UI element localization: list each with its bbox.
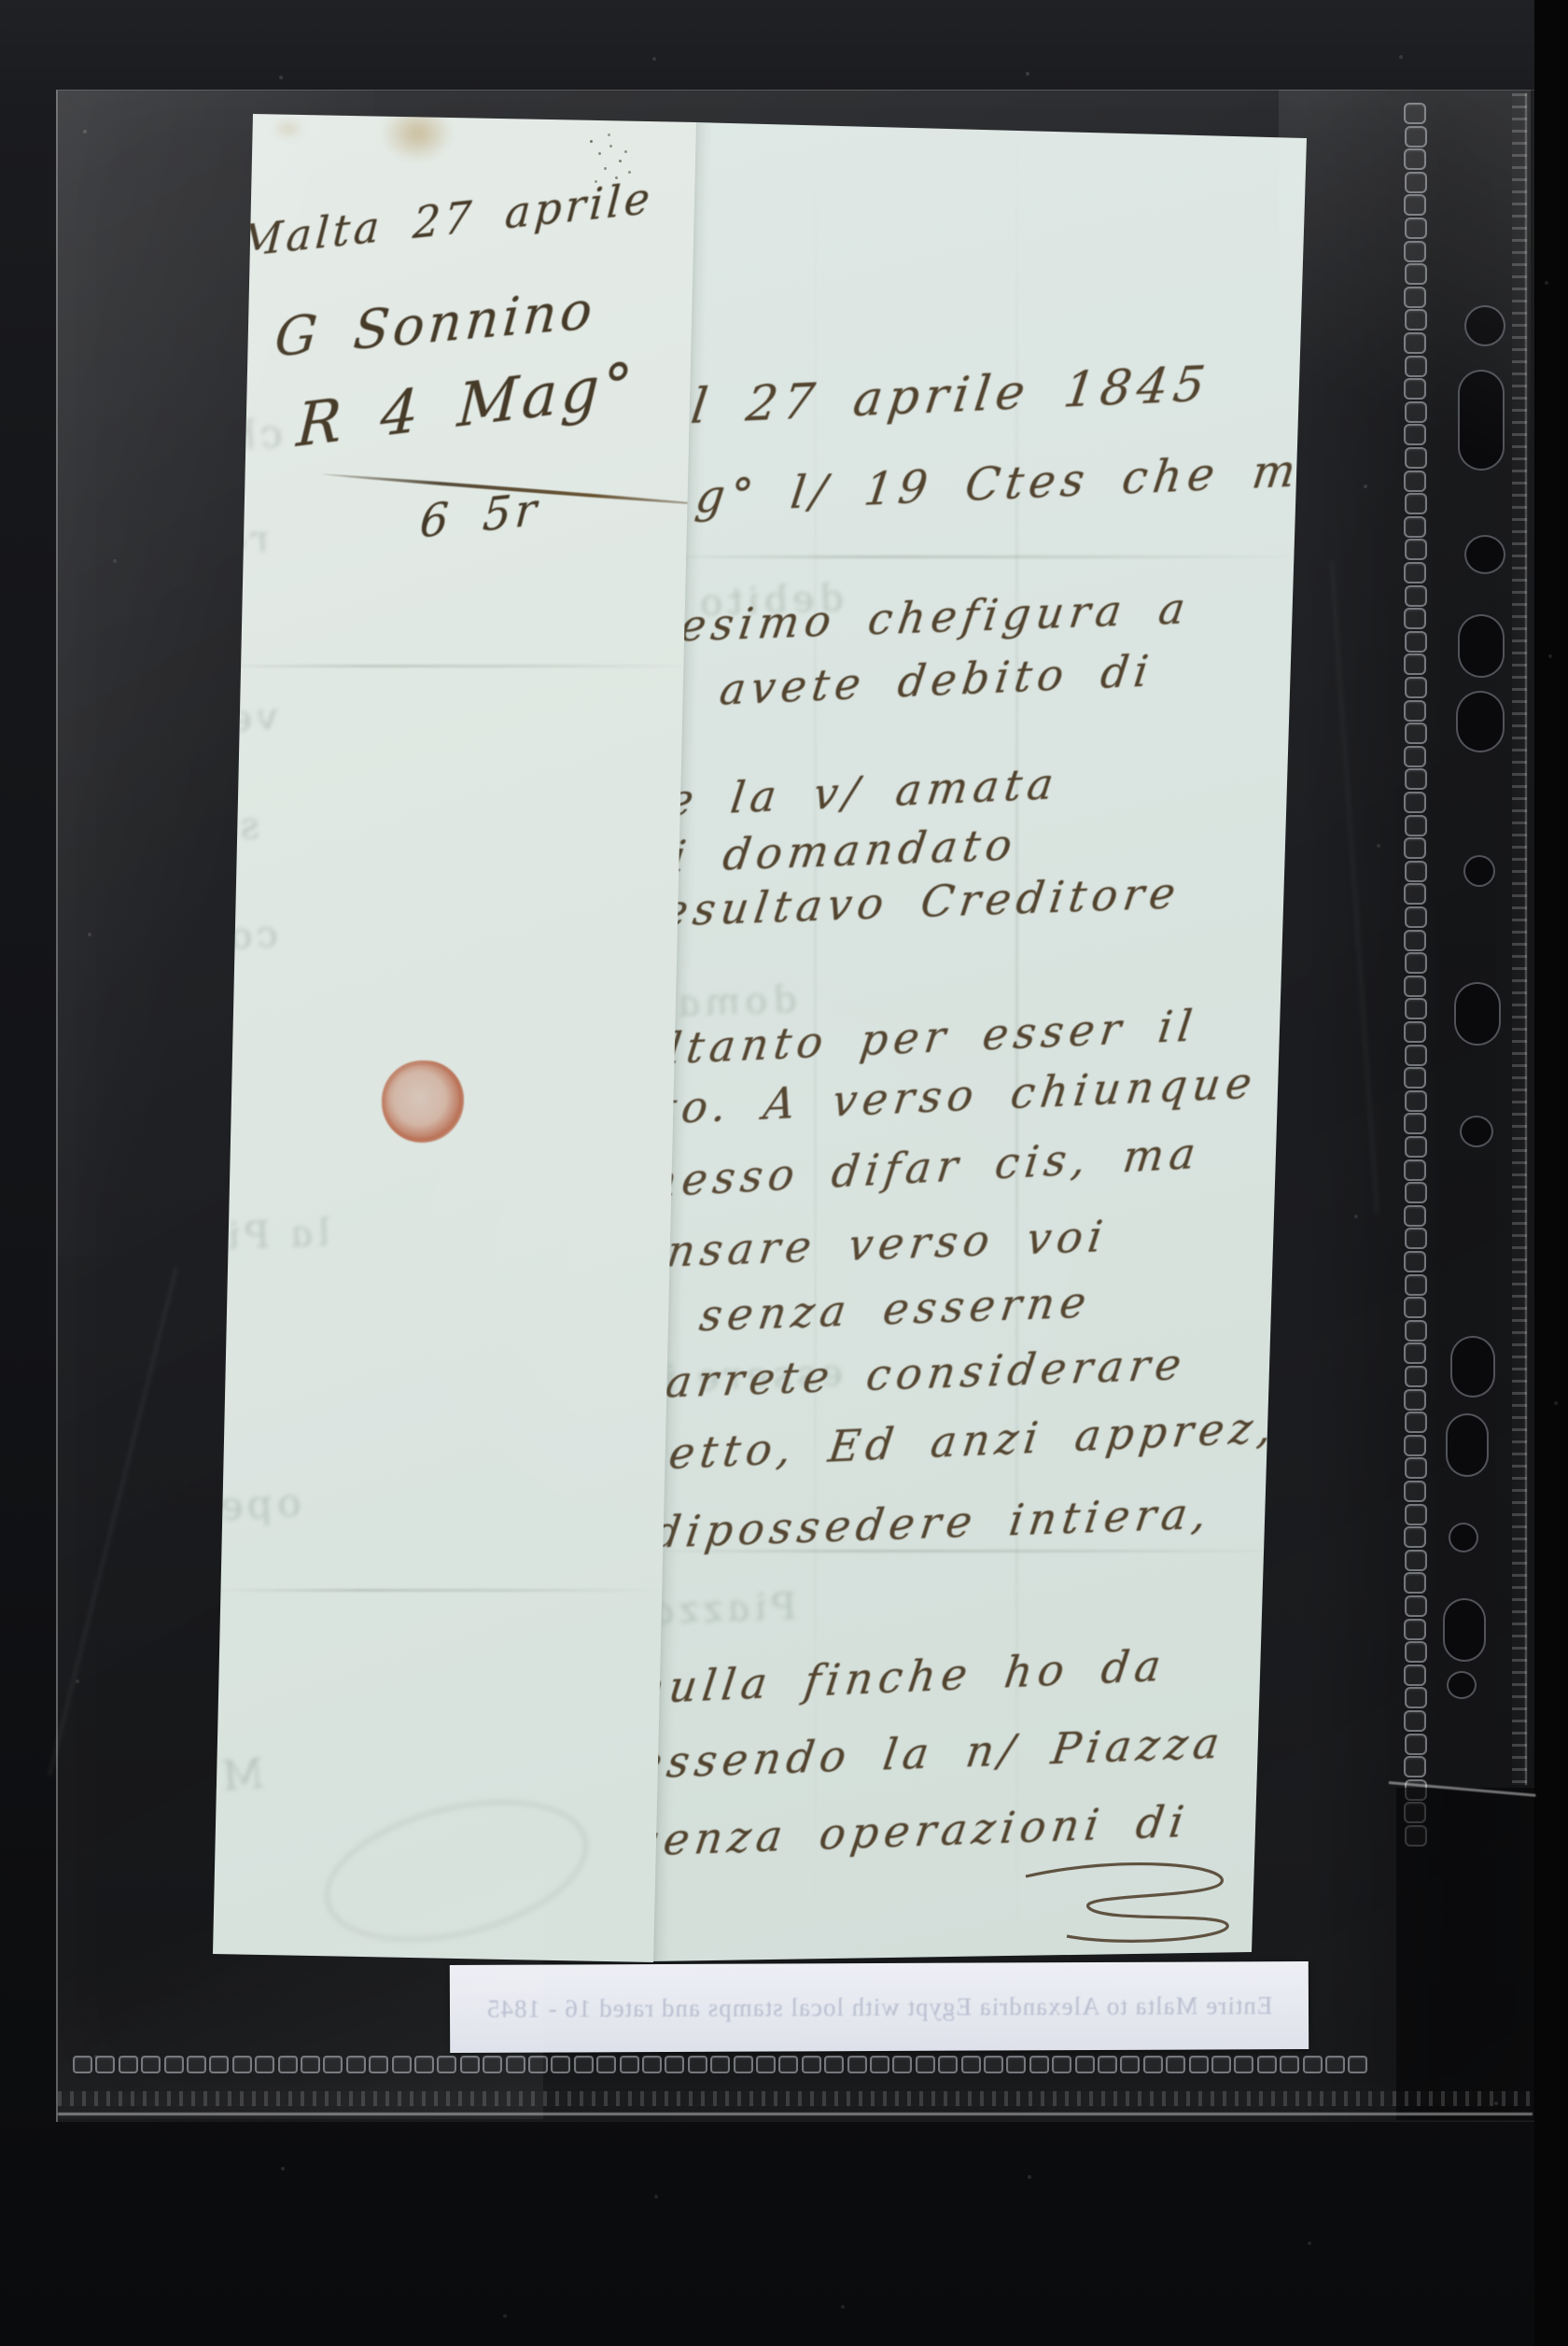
weld-square: [1075, 2056, 1095, 2073]
weld-square: [1029, 2056, 1049, 2073]
weld-square: [1404, 746, 1426, 767]
weld-square: [802, 2056, 821, 2073]
handwriting-line: essendo la n/ Piazza: [633, 1718, 1228, 1789]
weld-square: [1405, 1412, 1427, 1433]
weld-square: [1405, 952, 1427, 974]
punch-hole-oval: [1458, 614, 1505, 678]
weld-square: [1405, 1687, 1427, 1708]
weld-square: [1405, 1090, 1427, 1112]
weld-square: [1405, 1136, 1427, 1158]
weld-square: [1404, 792, 1426, 813]
weld-square: [1404, 1435, 1426, 1456]
background-right-band: [1534, 0, 1568, 2346]
weld-square: [1405, 1595, 1427, 1617]
weld-square: [596, 2056, 616, 2073]
sleeve-strip-end-shadow: [1396, 1788, 1534, 2120]
weld-square: [1404, 653, 1426, 675]
handwriting-line: g° l/ 19 Ctes che mi: [693, 443, 1324, 524]
weld-square: [1234, 2056, 1253, 2073]
weld-square: [1404, 608, 1426, 629]
weld-square: [1348, 2056, 1367, 2073]
weld-square: [1404, 1481, 1426, 1502]
fold-crease: [653, 555, 1307, 558]
weld-square: [1211, 2056, 1231, 2073]
weld-square: [1404, 1067, 1426, 1089]
weld-square: [1405, 723, 1427, 744]
weld-square: [1143, 2056, 1163, 2073]
collection-caption-label: Entire Malta to Alexandria Egypt with lo…: [450, 1961, 1309, 2053]
weld-square: [1405, 1457, 1427, 1479]
weld-square: [688, 2056, 707, 2073]
weld-square: [1404, 1251, 1426, 1272]
punch-hole-oval: [1450, 1336, 1495, 1398]
weld-square: [1405, 1320, 1427, 1342]
weld-square: [1052, 2056, 1071, 2073]
weld-square: [1404, 1205, 1426, 1227]
weld-square: [1404, 700, 1426, 722]
weld-square: [1325, 2056, 1345, 2073]
punch-hole-round: [1447, 1671, 1477, 1699]
weld-square: [1404, 1342, 1426, 1364]
punch-hole-oval: [1446, 1413, 1489, 1477]
weld-square: [1405, 1045, 1427, 1066]
signature-flourish: [1013, 1860, 1237, 1953]
weld-square: [620, 2056, 639, 2073]
weld-square: [756, 2056, 776, 2073]
weld-square: [892, 2056, 912, 2073]
weld-square: [1404, 1021, 1426, 1043]
weld-square: [642, 2056, 662, 2073]
weld-square: [1166, 2056, 1185, 2073]
weld-square: [1405, 768, 1427, 790]
weld-square: [665, 2056, 684, 2073]
punch-hole-oval: [1456, 691, 1505, 752]
handwriting-line: al 27 aprile 1845: [653, 357, 1213, 437]
weld-square: [1280, 2056, 1299, 2073]
weld-square: [1405, 815, 1427, 836]
weld-square: [1405, 585, 1427, 607]
weld-square: [1404, 1665, 1426, 1686]
weld-square: [1098, 2056, 1117, 2073]
weld-square: [1405, 1641, 1427, 1663]
handwriting-line: senza operazioni di: [633, 1796, 1193, 1866]
weld-square: [574, 2056, 594, 2073]
weld-square: [847, 2056, 867, 2073]
weld-square: [1404, 1113, 1426, 1134]
weld-square: [1404, 1572, 1426, 1594]
caption-label-text: Entire Malta to Alexandria Egypt with lo…: [486, 1991, 1272, 2024]
weld-square: [1405, 677, 1427, 698]
weld-square: [1404, 976, 1426, 997]
weld-square: [1404, 1297, 1426, 1318]
weld-square: [1405, 1228, 1427, 1249]
weld-square: [1404, 1389, 1426, 1411]
ink-spatter: [590, 140, 593, 143]
weld-square: [1404, 1756, 1426, 1777]
weld-square: [1404, 1526, 1426, 1548]
punch-hole-oval: [1443, 1598, 1486, 1662]
weld-square: [984, 2056, 1003, 2073]
weld-square: [710, 2056, 730, 2073]
weld-square: [1405, 1550, 1427, 1571]
weld-square: [1405, 861, 1427, 882]
punch-hole-round: [1463, 855, 1495, 887]
weld-square: [551, 2056, 570, 2073]
weld-square: [870, 2056, 889, 2073]
punch-hole-round: [1460, 1116, 1493, 1147]
punch-hole-oval: [1454, 982, 1501, 1046]
plastic-sheen: [187, 794, 1307, 1727]
weld-square: [734, 2056, 753, 2073]
weld-square: [1404, 1710, 1426, 1732]
weld-square: [1405, 1274, 1427, 1296]
punch-hole-round: [1449, 1523, 1478, 1552]
weld-square: [1257, 2056, 1277, 2073]
weld-square: [1404, 930, 1426, 951]
plastic-sheen: [1279, 90, 1531, 575]
weld-square: [1404, 837, 1426, 859]
weld-square: [1120, 2056, 1140, 2073]
dust-specks: [0, 0, 2, 2]
weld-square: [938, 2056, 958, 2073]
weld-square: [1405, 1366, 1427, 1387]
weld-square: [1404, 883, 1426, 905]
weld-square: [1404, 1159, 1426, 1181]
weld-square: [1006, 2056, 1026, 2073]
weld-square: [1303, 2056, 1323, 2073]
weld-square: [1189, 2056, 1209, 2073]
photo-of-letter-in-album-sleeve: { "colors": { "background": "#0b0c0e", "…: [0, 0, 1568, 2346]
weld-square: [1405, 1504, 1427, 1525]
weld-square: [1405, 1734, 1427, 1755]
weld-square: [961, 2056, 981, 2073]
weld-square: [1405, 906, 1427, 928]
weld-square: [1405, 998, 1427, 1019]
weld-square: [1405, 1182, 1427, 1203]
weld-square: [1405, 631, 1427, 653]
plastic-sheen: [58, 1755, 543, 2119]
weld-square: [1404, 1619, 1426, 1640]
handwriting-line: avete debito di: [717, 645, 1156, 715]
docket-line: 6 5r: [418, 484, 542, 549]
weld-square: [824, 2056, 844, 2073]
weld-square: [916, 2056, 935, 2073]
weld-square: [778, 2056, 798, 2073]
